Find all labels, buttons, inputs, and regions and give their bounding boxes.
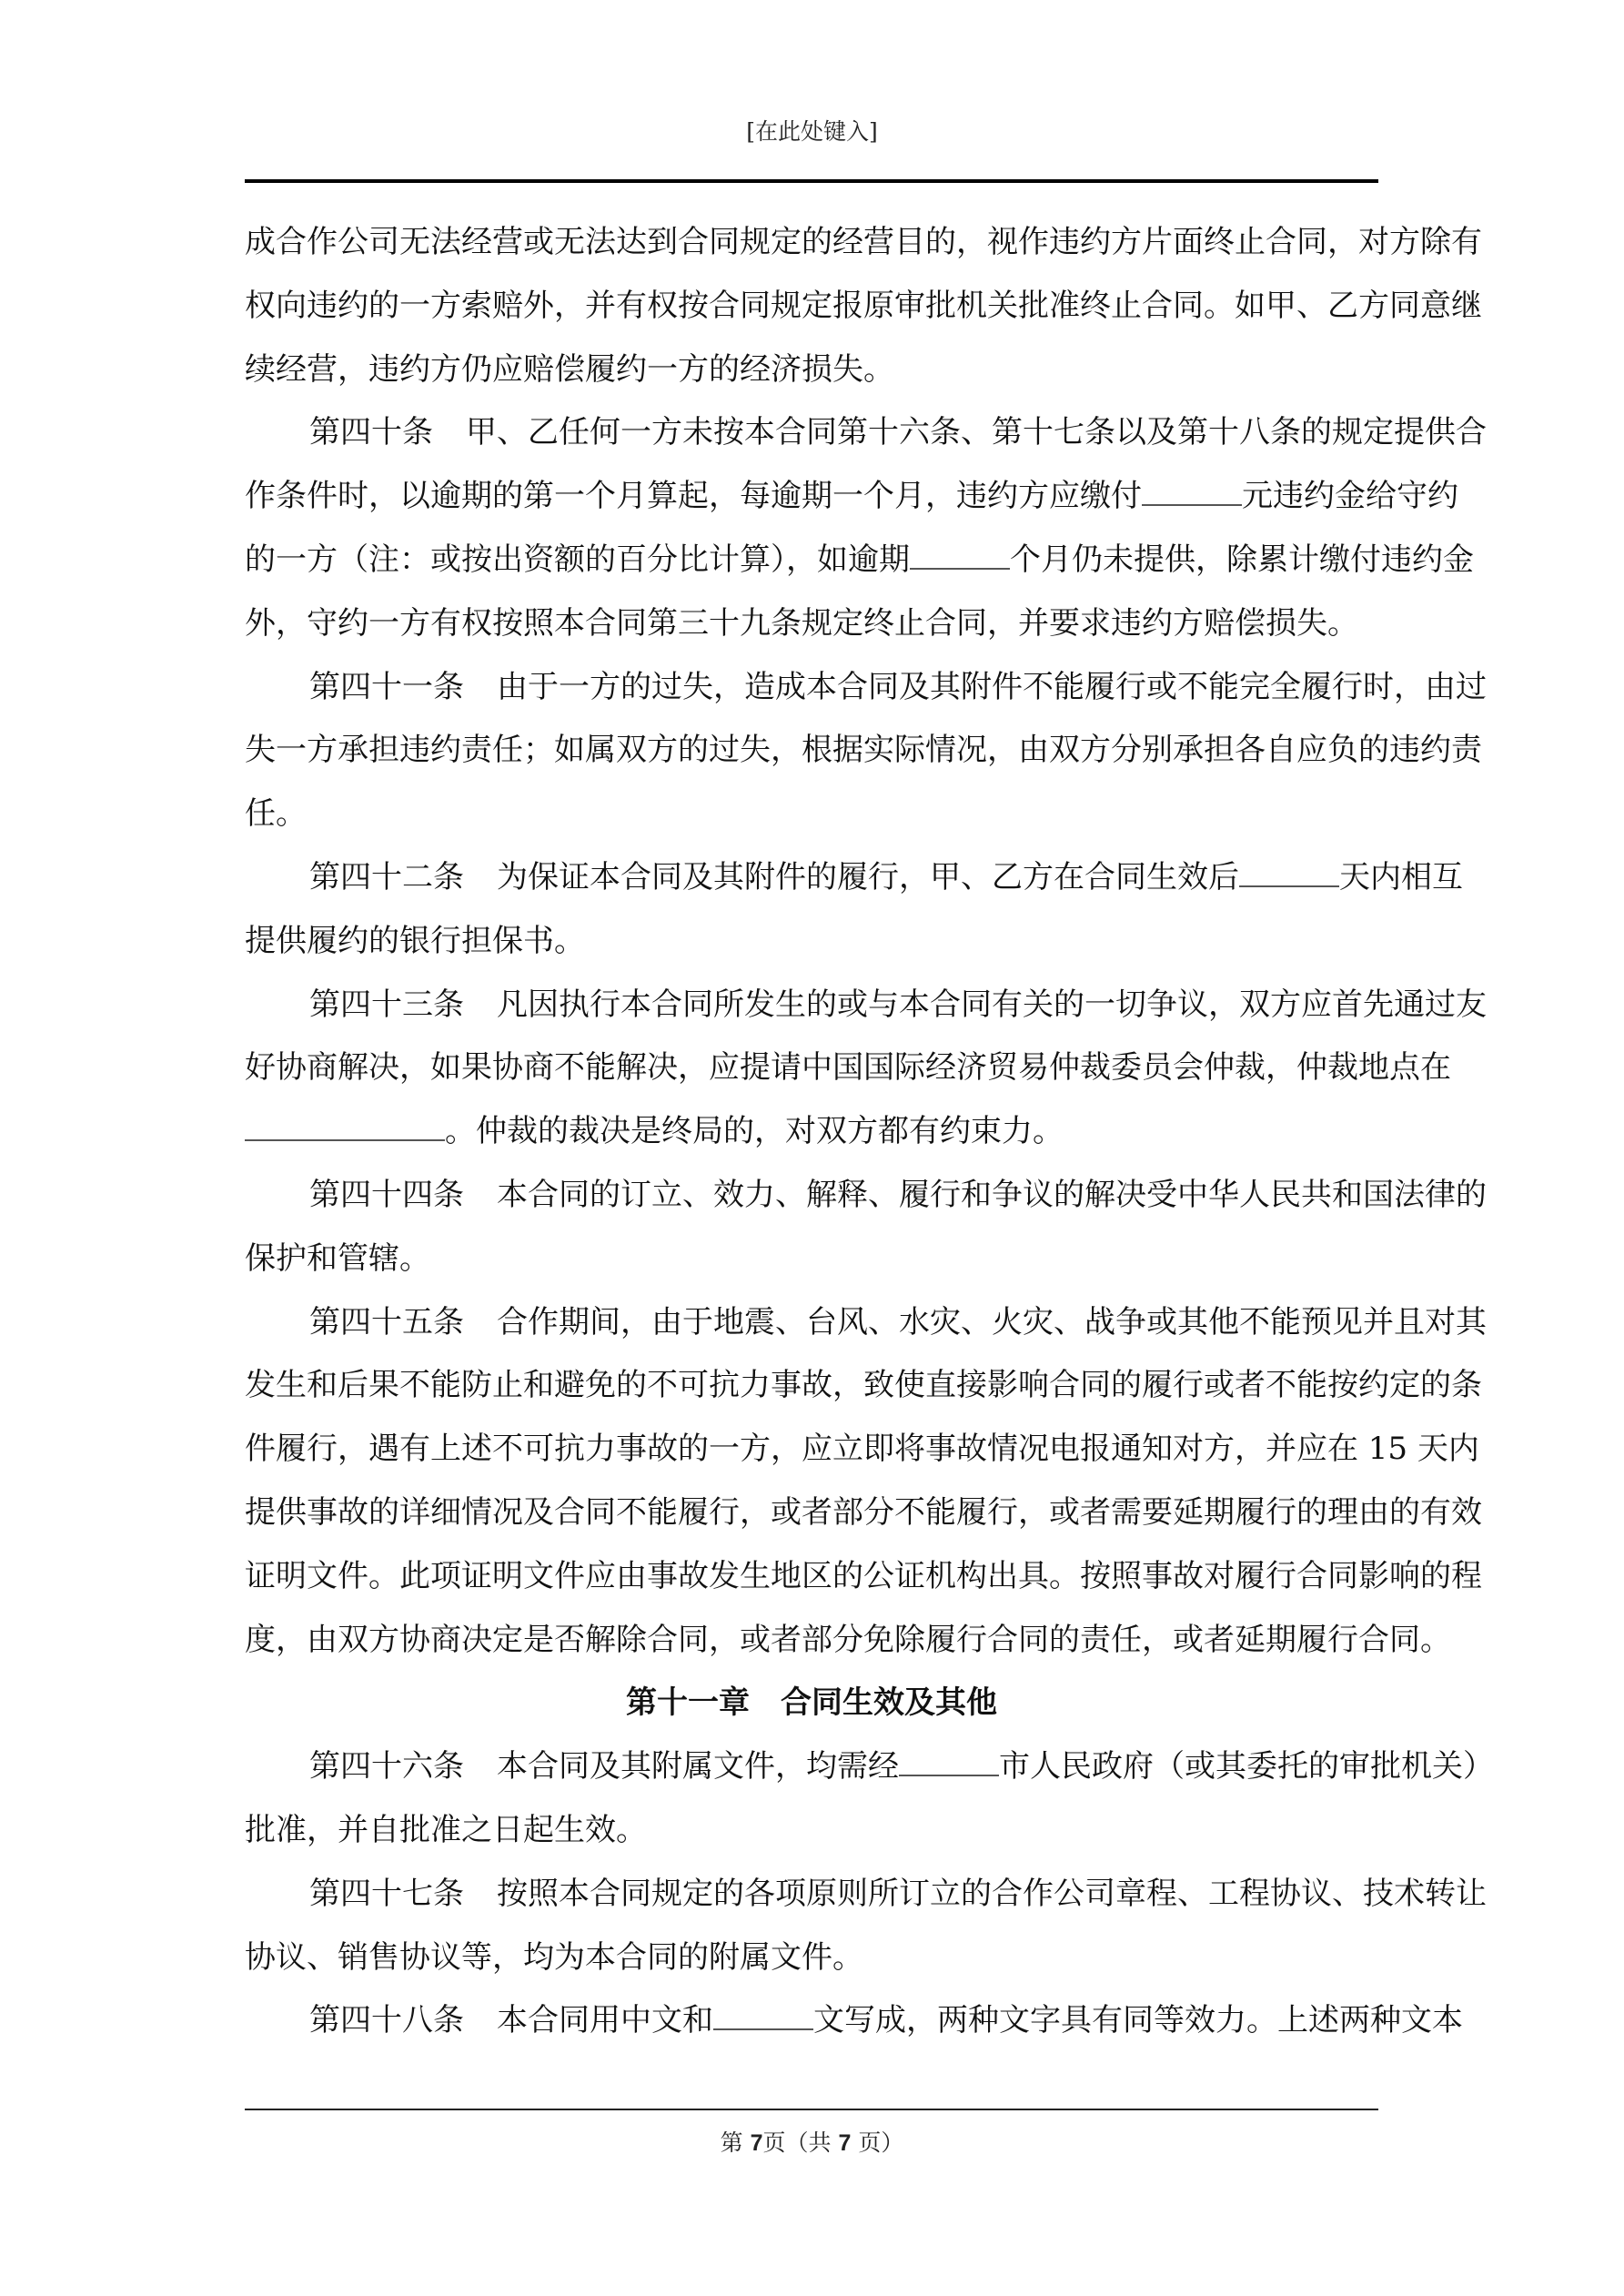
article-44: 第四十四条本合同的订立、效力、解释、履行和争议的解决受中华人民共和国法律的 (245, 1164, 1378, 1228)
article-46: 第四十六条本合同及其附属文件，均需经市人民政府（或其委托的审批机关） (245, 1735, 1378, 1799)
text-line: 证明文件。此项证明文件应由事故发生地区的公证机构出具。按照事故对履行合同影响的程 (245, 1545, 1378, 1609)
article-47: 第四十七条按照本合同规定的各项原则所订立的合作公司章程、工程协议、技术转让 (245, 1863, 1378, 1927)
text: 市人民政府（或其委托的审批机关） (999, 1748, 1494, 1785)
text: 由于一方的过失，造成本合同及其附件不能履行或不能完全履行时，由过 (497, 669, 1487, 705)
text: 为保证本合同及其附件的履行，甲、乙方在合同生效后 (497, 859, 1239, 895)
footer-rule (245, 2109, 1378, 2110)
text-line: 协议、销售协议等，均为本合同的附属文件。 (245, 1927, 1378, 1990)
text: 天内相互 (1339, 859, 1463, 895)
text-line: 外，守约一方有权按照本合同第三十九条规定终止合同，并要求违约方赔偿损失。 (245, 592, 1378, 656)
fill-blank (1239, 858, 1339, 887)
article-number: 第四十七条 (309, 1876, 464, 1912)
text-line: 权向违约的一方索赔外，并有权按合同规定报原审批机关批准终止合同。如甲、乙方同意继 (245, 275, 1378, 339)
article-number: 第四十条 (309, 414, 433, 450)
text-line: 件履行，遇有上述不可抗力事故的一方，应立即将事故情况电报通知对方，并应在 15 … (245, 1418, 1378, 1482)
footer-text: 第 (721, 2129, 751, 2156)
article-number: 第四十二条 (309, 859, 464, 895)
article-41: 第四十一条由于一方的过失，造成本合同及其附件不能履行或不能完全履行时，由过 (245, 656, 1378, 720)
document-body: 成合作公司无法经营或无法达到合同规定的经营目的，视作违约方片面终止合同，对方除有… (245, 211, 1378, 2053)
text: 作条件时，以逾期的第一个月算起，每逾期一个月，违约方应缴付 (245, 478, 1142, 514)
text-line: 任。 (245, 783, 1378, 846)
fill-blank (245, 1112, 445, 1141)
text: 本合同的订立、效力、解释、履行和争议的解决受中华人民共和国法律的 (497, 1177, 1487, 1213)
text-line: 提供履约的银行担保书。 (245, 910, 1378, 974)
footer-text: 页（共 (763, 2129, 839, 2156)
text: 本合同及其附属文件，均需经 (497, 1748, 899, 1785)
article-number: 第四十五条 (309, 1304, 464, 1340)
article-42: 第四十二条为保证本合同及其附件的履行，甲、乙方在合同生效后天内相互 (245, 846, 1378, 910)
article-40: 第四十条甲、乙任何一方未按本合同第十六条、第十七条以及第十八条的规定提供合 (245, 401, 1378, 465)
text: 按照本合同规定的各项原则所订立的合作公司章程、工程协议、技术转让 (497, 1876, 1487, 1912)
text: 。仲裁的裁决是终局的，对双方都有约束力。 (445, 1113, 1064, 1149)
text: 合作期间，由于地震、台风、水灾、火灾、战争或其他不能预见并且对其 (497, 1304, 1487, 1340)
fill-blank (910, 541, 1010, 570)
text-line: 保护和管辖。 (245, 1228, 1378, 1291)
article-43: 第四十三条凡因执行本合同所发生的或与本合同有关的一切争议，双方应首先通过友 (245, 974, 1378, 1037)
fill-blank (1142, 477, 1242, 506)
article-number: 第四十六条 (309, 1748, 464, 1785)
text: 凡因执行本合同所发生的或与本合同有关的一切争议，双方应首先通过友 (497, 986, 1487, 1023)
text-line: 发生和后果不能防止和避免的不可抗力事故，致使直接影响合同的履行或者不能按约定的条 (245, 1354, 1378, 1418)
text-line: 的一方（注：或按出资额的百分比计算），如逾期个月仍未提供，除累计缴付违约金 (245, 529, 1378, 592)
fill-blank (899, 1747, 999, 1776)
article-48: 第四十八条本合同用中文和文写成，两种文字具有同等效力。上述两种文本 (245, 1989, 1378, 2053)
text-line: 失一方承担违约责任；如属双方的过失，根据实际情况，由双方分别承担各自应负的违约责 (245, 719, 1378, 783)
article-number: 第四十一条 (309, 669, 464, 705)
page-footer: 第 7页（共 7 页） (0, 2128, 1624, 2159)
chapter-heading: 第十一章 合同生效及其他 (245, 1672, 1378, 1735)
total-pages: 7 (838, 2130, 851, 2156)
text-line: 批准，并自批准之日起生效。 (245, 1799, 1378, 1863)
fill-blank (713, 2001, 813, 2030)
text-line: 度，由双方协商决定是否解除合同，或者部分免除履行合同的责任，或者延期履行合同。 (245, 1609, 1378, 1673)
text-line: 续经营，违约方仍应赔偿履约一方的经济损失。 (245, 339, 1378, 402)
text: 的一方（注：或按出资额的百分比计算），如逾期 (245, 541, 910, 578)
text: 文写成，两种文字具有同等效力。上述两种文本 (813, 2002, 1463, 2038)
text: 元违约金给守约 (1242, 478, 1458, 514)
text-line: 提供事故的详细情况及合同不能履行，或者部分不能履行，或者需要延期履行的理由的有效 (245, 1482, 1378, 1545)
text-line: 作条件时，以逾期的第一个月算起，每逾期一个月，违约方应缴付元违约金给守约 (245, 465, 1378, 529)
text: 个月仍未提供，除累计缴付违约金 (1010, 541, 1474, 578)
article-number: 第四十三条 (309, 986, 464, 1023)
article-45: 第四十五条合作期间，由于地震、台风、水灾、火灾、战争或其他不能预见并且对其 (245, 1291, 1378, 1355)
page-number: 7 (751, 2130, 763, 2156)
text-line: 成合作公司无法经营或无法达到合同规定的经营目的，视作违约方片面终止合同，对方除有 (245, 211, 1378, 275)
article-number: 第四十八条 (309, 2002, 464, 2038)
footer-text: 页） (851, 2129, 903, 2156)
text-line: 好协商解决，如果协商不能解决，应提请中国国际经济贸易仲裁委员会仲裁，仲裁地点在 (245, 1037, 1378, 1100)
text-line: 。仲裁的裁决是终局的，对双方都有约束力。 (245, 1100, 1378, 1164)
text: 甲、乙任何一方未按本合同第十六条、第十七条以及第十八条的规定提供合 (466, 414, 1487, 450)
header-rule (245, 179, 1378, 183)
text: 本合同用中文和 (497, 2002, 713, 2038)
article-number: 第四十四条 (309, 1177, 464, 1213)
page-header: [在此处键入] (0, 116, 1624, 147)
